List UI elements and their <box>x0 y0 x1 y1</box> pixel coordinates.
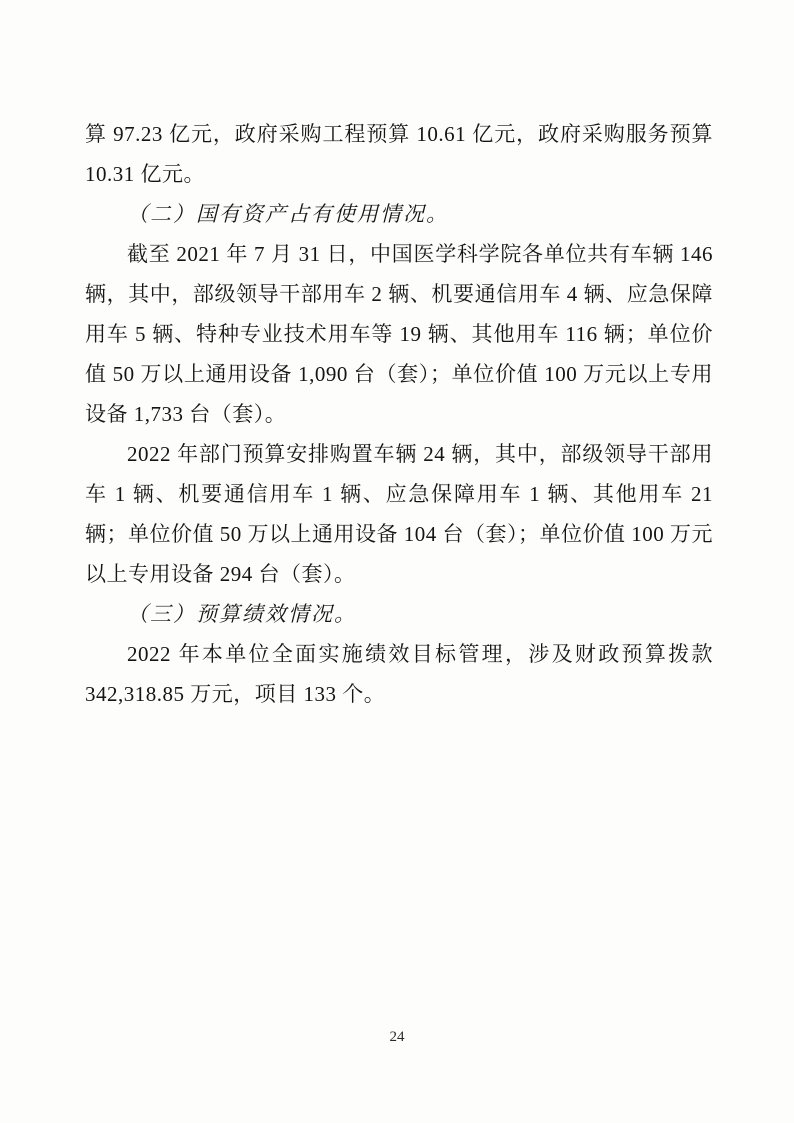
document-page: 算 97.23 亿元，政府采购工程预算 10.61 亿元，政府采购服务预算 10… <box>0 0 794 1123</box>
paragraph-vehicles-equipment-2022-budget: 2022 年部门预算安排购置车辆 24 辆，其中，部级领导干部用车 1 辆、机要… <box>85 434 713 594</box>
page-number: 24 <box>0 1028 794 1046</box>
document-text-block: 算 97.23 亿元，政府采购工程预算 10.61 亿元，政府采购服务预算 10… <box>85 114 713 714</box>
paragraph-vehicles-equipment-2021: 截至 2021 年 7 月 31 日，中国医学科学院各单位共有车辆 146 辆，… <box>85 234 713 434</box>
subsection-heading-budget-performance: （三）预算绩效情况。 <box>85 594 713 634</box>
paragraph-performance-targets-2022: 2022 年本单位全面实施绩效目标管理，涉及财政预算拨款 342,318.85 … <box>85 634 713 714</box>
subsection-heading-state-assets: （二）国有资产占有使用情况。 <box>85 194 713 234</box>
paragraph-procurement-budget-continuation: 算 97.23 亿元，政府采购工程预算 10.61 亿元，政府采购服务预算 10… <box>85 114 713 194</box>
